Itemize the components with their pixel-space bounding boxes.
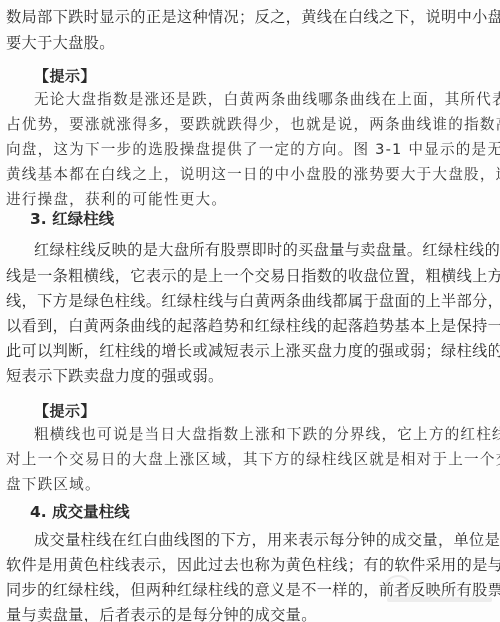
tip-line: 盘下跌区域。 xyxy=(6,475,101,495)
paragraph-line: 短表示下跌卖盘力度的强或弱。 xyxy=(6,366,224,386)
tip-heading: 【提示】 xyxy=(34,400,96,421)
tip-line: 占优势，要涨就涨得多，要跌就跌得少，也就是说，两条曲线谁的指数高谁就是方 xyxy=(6,115,500,135)
paragraph-line: 量与卖盘量，后者表示的是每分钟的成交量。 xyxy=(6,605,317,622)
tip-line: 无论大盘指数是涨还是跌，白黄两条曲线哪条曲线在上面，其所代表的股盘就 xyxy=(34,90,500,110)
paragraph-line: 以看到，白黄两条曲线的起落趋势和红绿柱线的起落趋势基本上是保持一致的。由 xyxy=(6,316,500,336)
paragraph-line: 红绿柱线反映的是大盘所有股票即时的买盘量与卖盘量。红绿柱线的中间分界 xyxy=(34,240,500,260)
paragraph-line: 此可以判断，红柱线的增长或减短表示上涨买盘力度的强或弱；绿柱线的增长或缩 xyxy=(6,341,500,361)
tip-line: 粗横线也可说是当日大盘指数上涨和下跌的分界线，它上方的红柱线区就是相 xyxy=(34,425,500,445)
document-page: 数局部下跌时显示的正是这种情况；反之，黄线在白线之下，说明中小盘股的跌幅 要大于… xyxy=(0,0,500,622)
tip-line: 对上一个交易日的大盘上涨区域，其下方的绿柱线区就是相对于上一个交易日的大 xyxy=(6,450,500,470)
tip-line: 向盘，这为下一步的选股操盘提供了一定的方向。图 3-1 中显示的是无论指数涨跌， xyxy=(6,140,500,160)
paragraph-line: 同步的红绿柱线，但两种红绿柱线的意义是不一样的，前者反映所有股票即时买盘 xyxy=(6,580,500,600)
paragraph-line: 软件是用黄色柱线表示，因此过去也称为黄色柱线；有的软件采用的是与上面保持 xyxy=(6,555,500,575)
section-heading: 4. 成交量柱线 xyxy=(30,500,130,522)
paragraph-line: 线，下方是绿色柱线。红绿柱线与白黄两条曲线都属于盘面的上半部分，从图中可 xyxy=(6,291,500,311)
tip-line: 黄线基本都在白线之上，说明这一日的中小盘股的涨势要大于大盘股，选中小盘股 xyxy=(6,165,500,185)
paragraph-line: 要大于大盘股。 xyxy=(6,33,115,53)
section-heading: 3. 红绿柱线 xyxy=(30,207,114,229)
tip-heading: 【提示】 xyxy=(34,65,96,86)
paragraph-line: 成交量柱线在红白曲线图的下方，用来表示每分钟的成交量，单位是手。有的 xyxy=(34,530,500,550)
paragraph-line: 线是一条粗横线，它表示的是上一个交易日指数的收盘位置，粗横线上方是红色柱 xyxy=(6,266,500,286)
paragraph-line: 数局部下跌时显示的正是这种情况；反之，黄线在白线之下，说明中小盘股的跌幅 xyxy=(6,7,500,27)
